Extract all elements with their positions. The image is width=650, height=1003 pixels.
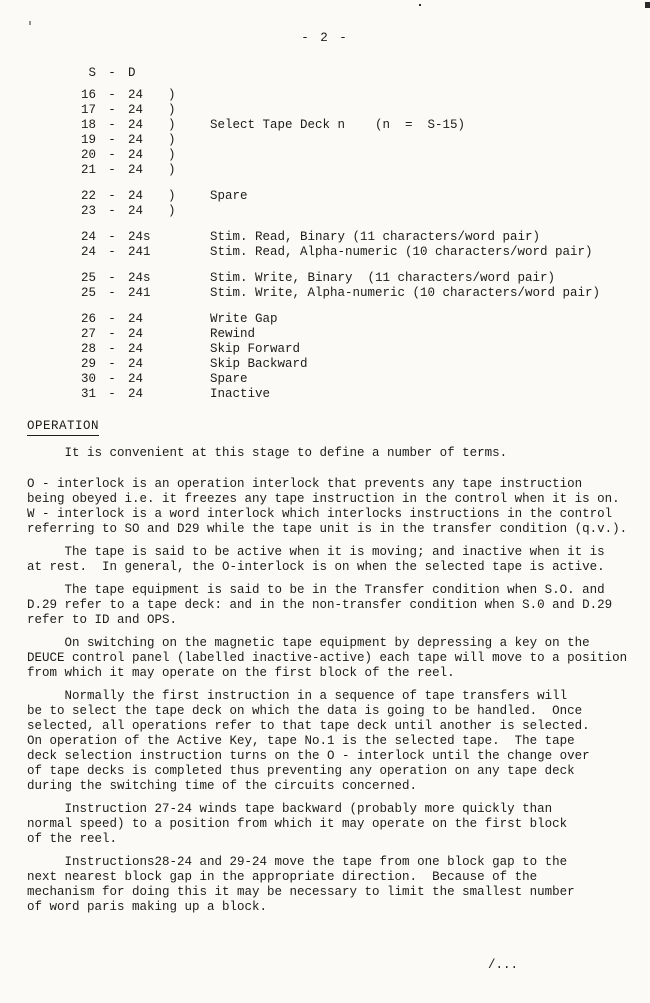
cell-d-value: 24 bbox=[128, 342, 168, 357]
table-row: 20 - 24 ) bbox=[72, 148, 650, 163]
paragraph: Instruction 27-24 winds tape backward (p… bbox=[27, 802, 650, 847]
table-row: 19 - 24 ) bbox=[72, 133, 650, 148]
cell-dash: - bbox=[96, 230, 128, 245]
cell-s-value: 26 bbox=[72, 312, 96, 327]
continuation-mark: /... bbox=[488, 958, 518, 973]
table-row: 28 - 24 Skip Forward bbox=[72, 342, 650, 357]
cell-group-brace: ) bbox=[168, 163, 210, 178]
cell-s-value: 22 bbox=[72, 189, 96, 204]
cell-group-brace bbox=[168, 286, 210, 301]
cell-dash: - bbox=[96, 148, 128, 163]
cell-description: Select Tape Deck n (n = S-15) bbox=[210, 118, 465, 133]
cell-dash: - bbox=[96, 387, 128, 402]
cell-s-value: 31 bbox=[72, 387, 96, 402]
cell-group-brace: ) bbox=[168, 88, 210, 103]
section-heading-operation: OPERATION bbox=[27, 419, 650, 436]
cell-description: Rewind bbox=[210, 327, 255, 342]
cell-s-value: 19 bbox=[72, 133, 96, 148]
paragraph: It is convenient at this stage to define… bbox=[27, 446, 650, 461]
cell-s-value: 24 bbox=[72, 230, 96, 245]
paragraph: Instructions28-24 and 29-24 move the tap… bbox=[27, 855, 650, 915]
cell-s-value: 18 bbox=[72, 118, 96, 133]
cell-d-value: 24 bbox=[128, 118, 168, 133]
table-row: 18 - 24 ) Select Tape Deck n (n = S-15) bbox=[72, 118, 650, 133]
cell-description: Write Gap bbox=[210, 312, 278, 327]
table-row: 29 - 24 Skip Backward bbox=[72, 357, 650, 372]
page-number: - 2 - bbox=[0, 0, 650, 46]
table-header-d: D bbox=[128, 66, 168, 81]
cell-group-brace bbox=[168, 342, 210, 357]
cell-description: Skip Forward bbox=[210, 342, 300, 357]
cell-group-brace: ) bbox=[168, 133, 210, 148]
table-header-dash: - bbox=[96, 66, 128, 81]
cell-d-value: 24s bbox=[128, 271, 168, 286]
cell-s-value: 24 bbox=[72, 245, 96, 260]
cell-d-value: 24 bbox=[128, 372, 168, 387]
cell-dash: - bbox=[96, 312, 128, 327]
cell-group-brace bbox=[168, 230, 210, 245]
cell-d-value: 24 bbox=[128, 88, 168, 103]
table-row: 23 - 24 ) bbox=[72, 204, 650, 219]
paragraph: The tape is said to be active when it is… bbox=[27, 545, 650, 575]
cell-d-value: 24 bbox=[128, 148, 168, 163]
cell-s-value: 23 bbox=[72, 204, 96, 219]
cell-description: Stim. Write, Alpha-numeric (10 character… bbox=[210, 286, 600, 301]
cell-description: Skip Backward bbox=[210, 357, 308, 372]
cell-description: Stim. Read, Binary (11 characters/word p… bbox=[210, 230, 540, 245]
cell-s-value: 20 bbox=[72, 148, 96, 163]
table-row: 16 - 24 ) bbox=[72, 88, 650, 103]
cell-group-brace bbox=[168, 372, 210, 387]
table-row: 22 - 24 ) Spare bbox=[72, 189, 650, 204]
cell-s-value: 27 bbox=[72, 327, 96, 342]
cell-s-value: 28 bbox=[72, 342, 96, 357]
table-row: 25 - 24s Stim. Write, Binary (11 charact… bbox=[72, 271, 650, 286]
cell-dash: - bbox=[96, 286, 128, 301]
cell-group-brace bbox=[168, 327, 210, 342]
table-row: 26 - 24 Write Gap bbox=[72, 312, 650, 327]
cell-group-brace bbox=[168, 245, 210, 260]
scan-speck bbox=[29, 21, 31, 25]
cell-dash: - bbox=[96, 357, 128, 372]
cell-d-value: 241 bbox=[128, 286, 168, 301]
cell-s-value: 29 bbox=[72, 357, 96, 372]
cell-dash: - bbox=[96, 189, 128, 204]
cell-group-brace bbox=[168, 271, 210, 286]
cell-dash: - bbox=[96, 342, 128, 357]
cell-d-value: 24 bbox=[128, 387, 168, 402]
cell-s-value: 17 bbox=[72, 103, 96, 118]
cell-group-brace: ) bbox=[168, 103, 210, 118]
paragraph: Normally the first instruction in a sequ… bbox=[27, 689, 650, 794]
cell-s-value: 16 bbox=[72, 88, 96, 103]
cell-d-value: 24 bbox=[128, 204, 168, 219]
cell-d-value: 24 bbox=[128, 327, 168, 342]
cell-d-value: 24 bbox=[128, 312, 168, 327]
cell-group-brace bbox=[168, 357, 210, 372]
table-row: 30 - 24 Spare bbox=[72, 372, 650, 387]
cell-s-value: 21 bbox=[72, 163, 96, 178]
cell-d-value: 24s bbox=[128, 230, 168, 245]
cell-dash: - bbox=[96, 133, 128, 148]
instruction-table: S - D 16 - 24 ) 17 - 24 ) 18 - 24 ) Sele… bbox=[72, 66, 650, 402]
scan-speck bbox=[419, 4, 421, 6]
cell-group-brace: ) bbox=[168, 148, 210, 163]
cell-group-brace: ) bbox=[168, 118, 210, 133]
cell-group-brace: ) bbox=[168, 189, 210, 204]
operation-body: It is convenient at this stage to define… bbox=[0, 446, 650, 915]
cell-dash: - bbox=[96, 372, 128, 387]
table-row: 27 - 24 Rewind bbox=[72, 327, 650, 342]
table-header-s: S bbox=[72, 66, 96, 81]
cell-description: Stim. Write, Binary (11 characters/word … bbox=[210, 271, 555, 286]
table-row: 17 - 24 ) bbox=[72, 103, 650, 118]
cell-dash: - bbox=[96, 163, 128, 178]
scan-speck bbox=[645, 2, 650, 8]
section-heading-text: OPERATION bbox=[27, 419, 99, 436]
cell-dash: - bbox=[96, 103, 128, 118]
cell-dash: - bbox=[96, 88, 128, 103]
cell-group-brace: ) bbox=[168, 204, 210, 219]
paragraph: O - interlock is an operation interlock … bbox=[27, 477, 650, 537]
cell-group-brace bbox=[168, 312, 210, 327]
table-row: 21 - 24 ) bbox=[72, 163, 650, 178]
table-row: 25 - 241 Stim. Write, Alpha-numeric (10 … bbox=[72, 286, 650, 301]
paragraph: The tape equipment is said to be in the … bbox=[27, 583, 650, 628]
cell-d-value: 24 bbox=[128, 357, 168, 372]
table-row: 24 - 24s Stim. Read, Binary (11 characte… bbox=[72, 230, 650, 245]
instruction-table-body: 16 - 24 ) 17 - 24 ) 18 - 24 ) Select Tap… bbox=[72, 88, 650, 402]
table-row: 31 - 24 Inactive bbox=[72, 387, 650, 402]
cell-d-value: 24 bbox=[128, 189, 168, 204]
cell-dash: - bbox=[96, 327, 128, 342]
cell-dash: - bbox=[96, 118, 128, 133]
cell-d-value: 241 bbox=[128, 245, 168, 260]
cell-description: Spare bbox=[210, 189, 248, 204]
cell-s-value: 30 bbox=[72, 372, 96, 387]
cell-description: Inactive bbox=[210, 387, 270, 402]
table-row: 24 - 241 Stim. Read, Alpha-numeric (10 c… bbox=[72, 245, 650, 260]
cell-s-value: 25 bbox=[72, 271, 96, 286]
cell-s-value: 25 bbox=[72, 286, 96, 301]
paragraph: On switching on the magnetic tape equipm… bbox=[27, 636, 650, 681]
cell-dash: - bbox=[96, 245, 128, 260]
cell-description: Spare bbox=[210, 372, 248, 387]
cell-description: Stim. Read, Alpha-numeric (10 characters… bbox=[210, 245, 593, 260]
cell-dash: - bbox=[96, 204, 128, 219]
table-header-row: S - D bbox=[72, 66, 650, 81]
cell-d-value: 24 bbox=[128, 103, 168, 118]
cell-d-value: 24 bbox=[128, 133, 168, 148]
cell-dash: - bbox=[96, 271, 128, 286]
cell-d-value: 24 bbox=[128, 163, 168, 178]
cell-group-brace bbox=[168, 387, 210, 402]
